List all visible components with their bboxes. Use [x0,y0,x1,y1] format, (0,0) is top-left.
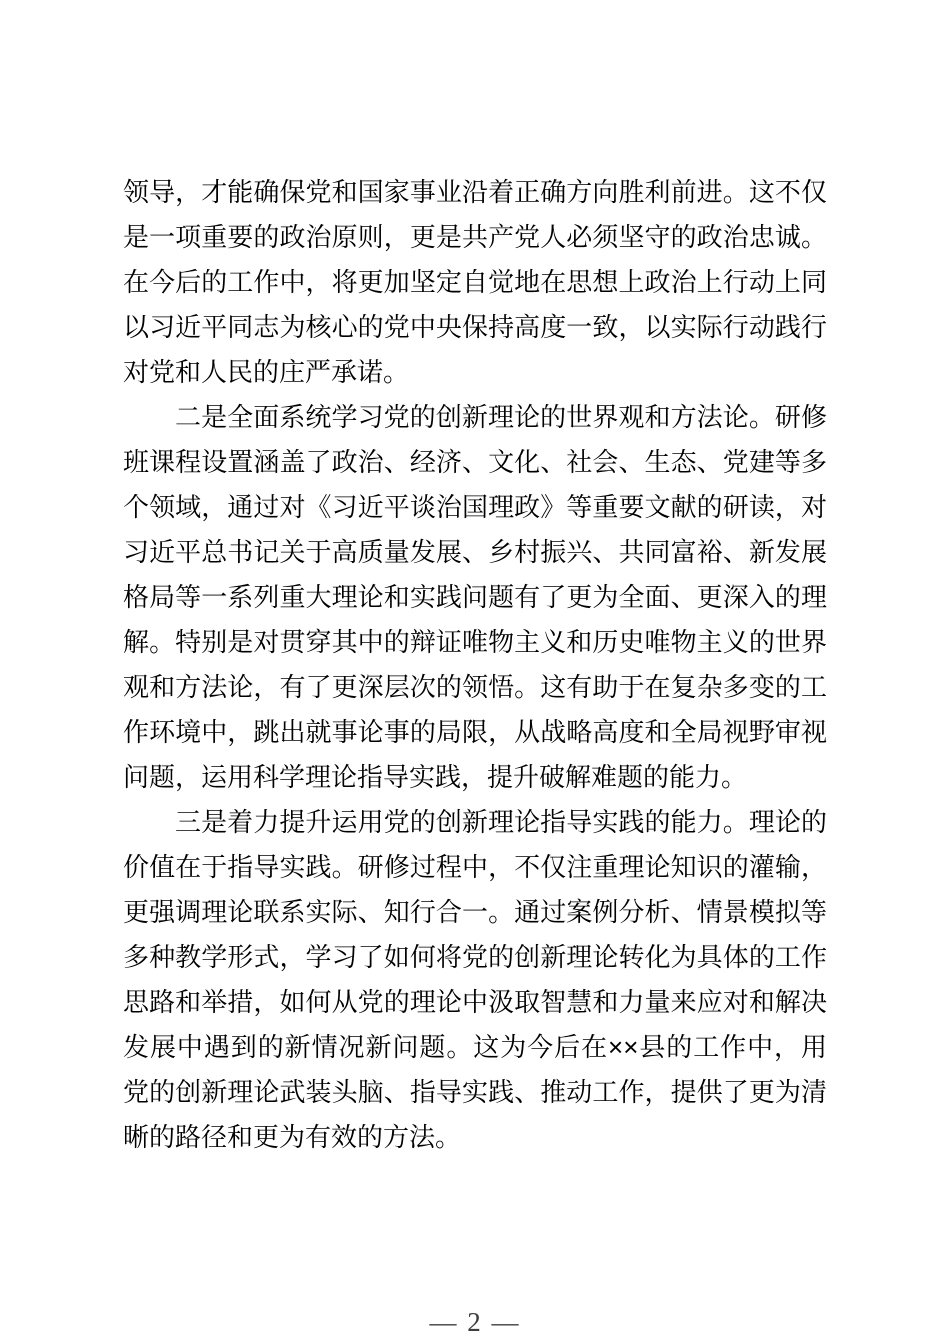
body-paragraph: 领导，才能确保党和国家事业沿着正确方向胜利前进。这不仅是一项重要的政治原则，更是… [123,170,827,395]
body-paragraph: 二是全面系统学习党的创新理论的世界观和方法论。研修班课程设置涵盖了政治、经济、文… [123,395,827,800]
document-page: 领导，才能确保党和国家事业沿着正确方向胜利前进。这不仅是一项重要的政治原则，更是… [0,0,950,1344]
page-number: — 2 — [0,1306,950,1338]
body-paragraph: 三是着力提升运用党的创新理论指导实践的能力。理论的价值在于指导实践。研修过程中，… [123,800,827,1160]
text-block: 领导，才能确保党和国家事业沿着正确方向胜利前进。这不仅是一项重要的政治原则，更是… [123,170,827,1160]
